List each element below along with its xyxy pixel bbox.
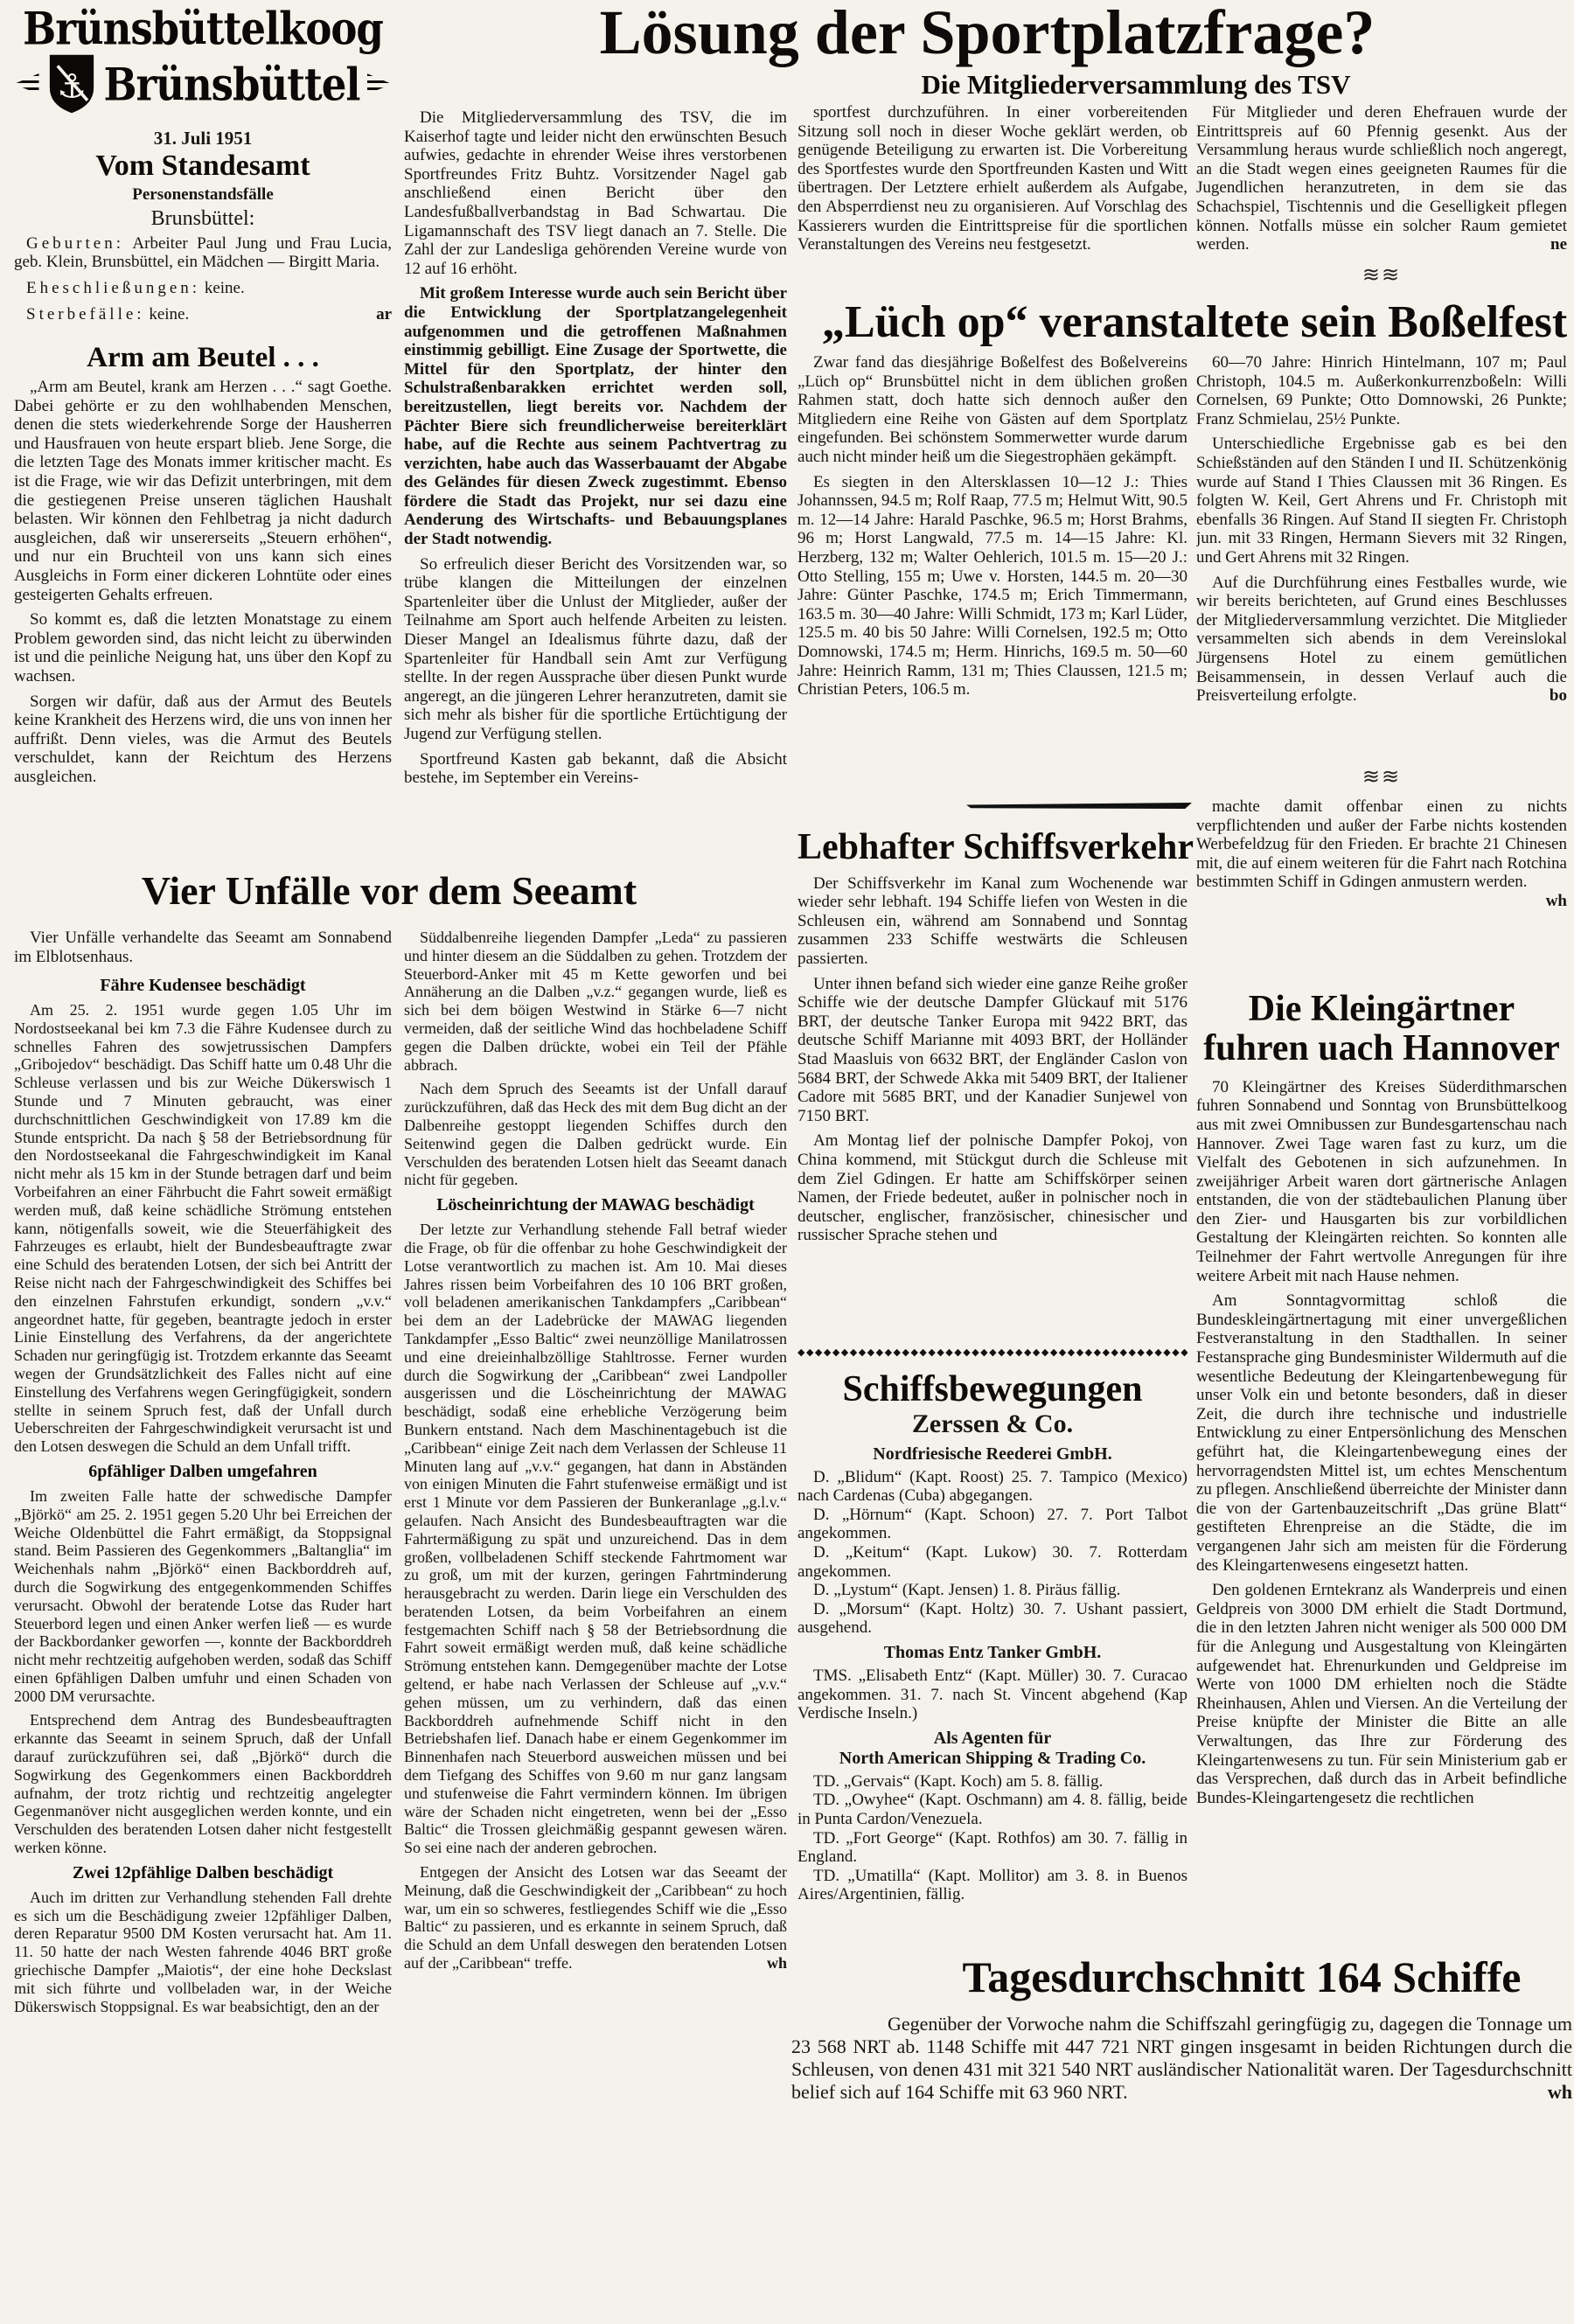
paragraph: Zwar fand das diesjährige Boßelfest des …: [797, 353, 1187, 467]
article-kleingaertner: Die Kleingärtner fuhren uach Hannover 70…: [1196, 990, 1567, 2188]
group-head-agents: Als Agenten für: [797, 1729, 1187, 1749]
paragraph: Sorgen wir dafür, daß aus der Armut des …: [14, 692, 392, 787]
standesamt-place: Brunsbüttel:: [14, 207, 392, 231]
lead-headline: Lösung der Sportplatzfrage?: [402, 0, 1572, 66]
newspaper-page: Brünsbüttelkoog ⚓ Brünsbüttel 31. Juli 1…: [0, 0, 1574, 2324]
paragraph: sportfest durchzuführen. In einer vorber…: [797, 103, 1187, 254]
paragraph: Am Sonntagvormittag schloß die Bundeskle…: [1196, 1291, 1567, 1575]
record-deaths: Sterbefälle: keine.ar: [14, 305, 392, 324]
arm-am-beutel-headline: Arm am Beutel . . .: [14, 343, 392, 372]
schiffsbewegungen-section: Schiffsbewegungen Zerssen & Co. Nordfrie…: [797, 1371, 1187, 1948]
paragraph: Für Mitglieder und deren Ehefrauen wurde…: [1196, 103, 1567, 254]
author-initials: ar: [353, 305, 392, 324]
ship-entry: TD. „Umatilla“ (Kapt. Mollitor) am 3. 8.…: [797, 1867, 1187, 1904]
paragraph: Nach dem Spruch des Seeamts ist der Unfa…: [404, 1080, 787, 1189]
anchor-shield-icon: ⚓: [46, 53, 97, 115]
svg-text:⚓: ⚓: [57, 66, 87, 105]
subhead-faehre-kudensee: Fähre Kudensee beschädigt: [14, 976, 392, 996]
standesamt-subtitle: Personenstandsfälle: [14, 185, 392, 205]
diamond-band-divider-icon: ◆◆◆◆◆◆◆◆◆◆◆◆◆◆◆◆◆◆◆◆◆◆◆◆◆◆◆◆◆◆◆◆◆◆◆◆◆◆◆◆…: [797, 1346, 1187, 1362]
paragraph: So erfreulich dieser Bericht des Vorsitz…: [404, 555, 787, 744]
author-initials: wh: [741, 1954, 787, 1973]
paragraph: Entsprechend dem Antrag des Bundesbeauft…: [14, 1711, 392, 1856]
ship-entry: D. „Morsum“ (Kapt. Holtz) 30. 7. Ushant …: [797, 1600, 1187, 1638]
group-head-thomas-entz: Thomas Entz Tanker GmbH.: [797, 1643, 1187, 1663]
article-schiffsverkehr: Lebhafter Schiffsverkehr Der Schiffsverk…: [797, 829, 1187, 1346]
squiggle-divider-icon: ≋≋: [1196, 764, 1567, 789]
horizontal-rule: [966, 803, 1192, 809]
subhead-mawag: Löscheinrichtung der MAWAG beschädigt: [404, 1195, 787, 1215]
paragraph: So kommt es, daß die letzten Monatstage …: [14, 610, 392, 685]
ship-entry: D. „Hörnum“ (Kapt. Schoon) 27. 7. Port T…: [797, 1506, 1187, 1543]
subhead-zwei-12pfaehlige-dalben: Zwei 12pfählige Dalben beschädigt: [14, 1863, 392, 1883]
paragraph: Entgegen der Ansicht des Lotsen war das …: [404, 1863, 787, 1973]
subhead-6pfaehliger-dalben: 6pfähliger Dalben umgefahren: [14, 1462, 392, 1482]
author-initials: wh: [1520, 892, 1567, 911]
paragraph: Süddalbenreihe liegenden Dampfer „Leda“ …: [404, 929, 787, 1074]
paragraph: „Arm am Beutel, krank am Herzen . . .“ s…: [14, 378, 392, 604]
paragraph: Am Montag lief der polnische Dampfer Pok…: [797, 1131, 1187, 1245]
author-initials: bo: [1523, 686, 1567, 706]
author-initials: ne: [1524, 235, 1567, 254]
paragraph: Auch im dritten zur Verhandlung stehende…: [14, 1889, 392, 2016]
lead-headline-block: Lösung der Sportplatzfrage? Die Mitglied…: [402, 0, 1572, 101]
issue-date: 31. Juli 1951: [14, 128, 392, 150]
paragraph: Der letzte zur Verhandlung stehende Fall…: [404, 1221, 787, 1857]
ship-entry: D. „Blidum“ (Kapt. Roost) 25. 7. Tampico…: [797, 1468, 1187, 1506]
standesamt-records: Geburten: Arbeiter Paul Jung und Frau Lu…: [14, 234, 392, 337]
group-head-nordfriesische: Nordfriesische Reederei GmbH.: [797, 1444, 1187, 1465]
article-bosselfest-col3: Zwar fand das diesjährige Boßelfest des …: [797, 353, 1187, 789]
kleingaertner-headline-line2: fuhren uach Hannover: [1196, 1029, 1567, 1068]
paragraph: Der Schiffsverkehr im Kanal zum Wochenen…: [797, 874, 1187, 969]
flourish-right-icon: [367, 73, 393, 94]
paragraph: Am 25. 2. 1951 wurde gegen 1.05 Uhr im N…: [14, 1001, 392, 1456]
paragraph: Es siegten in den Altersklassen 10—12 J.…: [797, 473, 1187, 699]
group-head-north-american: North American Shipping & Trading Co.: [797, 1749, 1187, 1769]
schiffsbewegungen-headline: Schiffsbewegungen: [797, 1371, 1187, 1409]
ship-entry: TD. „Gervais“ (Kapt. Koch) am 5. 8. fäll…: [797, 1772, 1187, 1792]
standesamt-headline: Vom Standesamt: [14, 150, 392, 181]
ship-entry: TMS. „Elisabeth Entz“ (Kapt. Müller) 30.…: [797, 1666, 1187, 1723]
kleingaertner-headline-line1: Die Kleingärtner: [1196, 990, 1567, 1029]
article-bosselfest-col4: 60—70 Jahre: Hinrich Hintelmann, 107 m; …: [1196, 353, 1567, 762]
record-births: Geburten: Arbeiter Paul Jung und Frau Lu…: [14, 234, 392, 271]
flourish-left-icon: [14, 73, 39, 94]
paragraph: Auf die Durchführung eines Festballes wu…: [1196, 574, 1567, 706]
schiffsverkehr-headline: Lebhafter Schiffsverkehr: [797, 829, 1187, 867]
ship-entry: TD. „Owyhee“ (Kapt. Oschmann) am 4. 8. f…: [797, 1791, 1187, 1828]
masthead-title-line2: Brünsbüttel: [104, 58, 360, 111]
paragraph: Sportfreund Kasten gab bekannt, daß die …: [404, 750, 787, 788]
paragraph: 70 Kleingärtner des Kreises Süderdithmar…: [1196, 1078, 1567, 1286]
ship-entry: TD. „Fort George“ (Kapt. Rothfos) am 30.…: [797, 1829, 1187, 1867]
paragraph: Unter ihnen befand sich wieder eine ganz…: [797, 975, 1187, 1126]
article-seeamt-col2: Süddalbenreihe liegenden Dampfer „Leda“ …: [404, 929, 787, 2324]
paragraph: 60—70 Jahre: Hinrich Hintelmann, 107 m; …: [1196, 353, 1567, 428]
schiffsbewegungen-subhead: Zerssen & Co.: [797, 1409, 1187, 1439]
ship-entry: D. „Keitum“ (Kapt. Lukow) 30. 7. Rotterd…: [797, 1543, 1187, 1581]
squiggle-divider-icon: ≋≋: [1196, 262, 1567, 287]
masthead: Brünsbüttelkoog ⚓ Brünsbüttel: [14, 5, 392, 115]
seeamt-headline: Vier Unfälle vor dem Seeamt: [83, 870, 695, 912]
lead-subhead: Die Mitgliederversammlung des TSV: [402, 69, 1572, 101]
article-schiffsverkehr-col4: machte damit offenbar einen zu nichts ve…: [1196, 797, 1567, 977]
masthead-title-line1: Brünsbüttelkoog: [14, 2, 392, 55]
paragraph: Die Mitgliederversammlung des TSV, die i…: [404, 108, 787, 278]
record-marriages: Eheschließungen: keine.: [14, 279, 392, 297]
ship-entry: D. „Lystum“ (Kapt. Jensen) 1. 8. Piräus …: [797, 1581, 1187, 1600]
paragraph: Unterschiedliche Ergebnisse gab es bei d…: [1196, 435, 1567, 567]
paragraph: machte damit offenbar einen zu nichts ve…: [1196, 797, 1567, 892]
paragraph: Den goldenen Erntekranz als Wanderpreis …: [1196, 1581, 1567, 1807]
article-tsv-col3: sportfest durchzuführen. In einer vorber…: [797, 103, 1187, 291]
bosselfest-headline: „Lüch op“ veranstaltete sein Boßelfest: [822, 299, 1557, 346]
article-arm-am-beutel: „Arm am Beutel, krank am Herzen . . .“ s…: [14, 378, 392, 789]
seeamt-intro: Vier Unfälle verhandelte das Seeamt am S…: [14, 929, 392, 972]
paragraph: Im zweiten Falle hatte der schwedische D…: [14, 1487, 392, 1706]
article-seeamt-col1: Fähre Kudensee beschädigt Am 25. 2. 1951…: [14, 972, 392, 2324]
article-tsv-col2: Die Mitgliederversammlung des TSV, die i…: [404, 108, 787, 874]
article-tsv-col4: Für Mitglieder und deren Ehefrauen wurde…: [1196, 103, 1567, 269]
paragraph: Mit großem Interesse wurde auch sein Ber…: [404, 284, 787, 548]
